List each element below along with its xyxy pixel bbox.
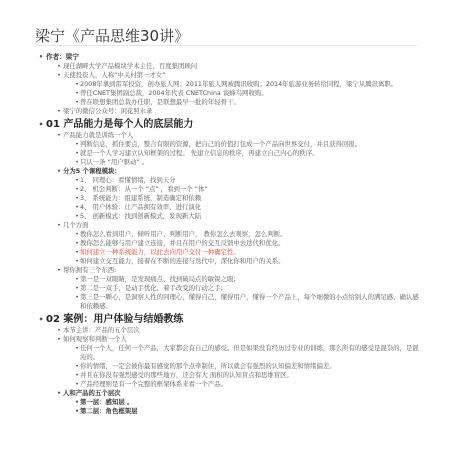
outline-item-text: 人和产品的五个层次: [63, 389, 121, 397]
bullet-icon: •: [74, 140, 80, 149]
bullet-icon: •: [74, 362, 80, 371]
bullet-icon: •: [56, 62, 62, 71]
outline-item: •如何建立一种系统能力，以此去向用户交付一种确定性。: [0, 248, 452, 257]
bullet-icon: •: [74, 380, 80, 389]
outline-item-text: 1、 同理心：看懂情绪，找到天分: [80, 176, 176, 184]
outline-item-text: 作者：梁宁: [46, 53, 79, 61]
outline-item-text: 如何建立一种系统能力，以此去向用户交付一种确定性。: [80, 248, 240, 256]
outline-item-text: 曾任CNET集团副总裁，2004年代表 CNETChina 谈蜂鸟网收购。: [80, 89, 268, 97]
bullet-icon: •: [74, 98, 80, 107]
outline-item: •作者：梁宁: [0, 53, 452, 62]
bullet-icon: •: [74, 185, 80, 194]
bullet-icon: •: [56, 131, 62, 140]
outline-item-text: 4、 用户体验：让产品拥有效率、进行演化: [80, 203, 201, 211]
outline-item: •1、 同理心：看懂情绪，找到天分: [0, 176, 452, 185]
bullet-icon: •: [56, 326, 62, 335]
outline-item: •第一是一双眼睛，是发现痛点、找到破局点的敏锐之眼;: [0, 275, 452, 284]
outline-item-text: 第三是一颗心，是洞察人性的同理心，懂得自己，懂得用户，懂得一个产品上，每个细微的…: [80, 293, 419, 310]
outline-item: •只认一条 “用户驱动” 。: [0, 158, 452, 167]
outline-item: •如何观察和判断一个人: [0, 335, 452, 344]
outline-item: •帮你拥有三个东西:: [0, 266, 452, 275]
outline-item-text: 产品能力就是训练一个人: [63, 131, 133, 139]
outline-item: •5、 创新模式：找到创新模式，发现新大陆: [0, 212, 452, 221]
outline-item: •天使投资人，人称“中关村第一才女”: [0, 71, 452, 80]
outline-item-text: 产品经理则是有一个完整的框架体系来看一个产品。: [80, 380, 227, 388]
bullet-icon: •: [74, 344, 80, 353]
bullet-icon: •: [74, 80, 80, 89]
outline-item: •教你怎么能够与用户建立连接，并且在用户的交互反馈中去迭代和优化。: [0, 239, 452, 248]
outline-item-text: 就是一个人学习建立认知框架的过程。 先建立信息的秩序，再建立自己内心的秩序。: [80, 149, 318, 157]
outline-item: •梁宁的微信公众号：闲花照水录: [0, 107, 452, 116]
outline-item-text: 你的情绪，一定会被你最有感觉的那个点牵制住，所以就会有强烈的认知偏差和情绪偏差。: [80, 362, 336, 370]
outline-item-text: 任何一个人，任何一个产品，大家都会有自己的感受。但是如果没有经历过专业的训练，那…: [80, 344, 419, 361]
outline-item: •分为5 个课程模块：: [0, 167, 452, 176]
section-heading: •02 案例：用户体验与结婚教练: [0, 313, 452, 326]
outline-item-text: 天使投资人，人称“中关村第一才女”: [63, 71, 165, 79]
outline-item: •产品经理则是有一个完整的框架体系来看一个产品。: [0, 380, 452, 389]
outline-item: •第二是一双手，是动手优化、着手改变的行动之手;: [0, 284, 452, 293]
outline-item: •现任湖畔大学产品模块学术主任、百度集团顾问: [0, 62, 452, 71]
outline-item: •第二层：角色框架层: [0, 407, 452, 416]
bullet-icon: •: [56, 221, 62, 230]
bullet-icon: •: [74, 293, 80, 302]
outline-item: •本节主讲：产品的五个层次: [0, 326, 452, 335]
bullet-icon: •: [74, 149, 80, 158]
outline-item: •几个方面: [0, 221, 452, 230]
title-divider: [35, 45, 417, 46]
bullet-icon: •: [38, 118, 44, 131]
bullet-icon: •: [74, 203, 80, 212]
outline-item: •第三是一颗心，是洞察人性的同理心，懂得自己，懂得用户，懂得一个产品上，每个细微…: [0, 293, 452, 311]
outline-item-text: 2008年拿到雷军投资，创办旅人网；2011年旅人网被腾讯收购；2014年旅游业…: [80, 80, 397, 88]
bullet-icon: •: [74, 89, 80, 98]
bullet-icon: •: [74, 284, 80, 293]
outline-item-text: 01 产品能力是每个人的底层能力: [46, 119, 193, 130]
bullet-icon: •: [38, 313, 44, 326]
outline-item: •第一层：感知层 。: [0, 398, 452, 407]
outline-item: •判断信息，抓住要点，整合有限的资源，把自己的价值打包成一个产品向世界交付，并且…: [0, 140, 452, 149]
outline-item-text: 第二层：角色框架层: [80, 407, 138, 415]
outline-item: •任何一个人，任何一个产品，大家都会有自己的感受。但是如果没有经历过专业的训练，…: [0, 344, 452, 362]
outline-item: •2、 机会判断：从一个 “点” ，看到一个 “体”: [0, 185, 452, 194]
outline-item-text: 梁宁的微信公众号：闲花照水录: [63, 107, 152, 115]
bullet-icon: •: [74, 398, 80, 407]
outline-item-text: 现任湖畔大学产品模块学术主任、百度集团顾问: [63, 62, 197, 70]
outline-item: •就是一个人学习建立认知框架的过程。 先建立信息的秩序，再建立自己内心的秩序。: [0, 149, 452, 158]
outline-item-text: 并且在你没有强烈感受的那些地方，还会有大 面积的认知盲点和思维盲区。: [80, 371, 293, 379]
outline-item-text: 教你怎么看到用户、倾听用户、判断用户， 教你怎么去观察，怎么判断。: [80, 230, 287, 238]
outline-item-text: 判断信息，抓住要点，整合有限的资源，把自己的价值打包成一个产品向世界交付，并且获…: [80, 140, 361, 148]
outline-item-text: 教你怎么能够与用户建立连接，并且在用户的交互反馈中去迭代和优化。: [80, 239, 285, 247]
outline-item-text: 曾在联想集团总裁办任职，是联想最早一批的年轻骨干。: [80, 98, 240, 106]
outline-item-text: 分为5 个课程模块：: [63, 167, 121, 175]
outline-item-text: 几个方面: [63, 221, 89, 229]
bullet-icon: •: [74, 407, 80, 416]
mind-map-outline: •作者：梁宁•现任湖畔大学产品模块学术主任、百度集团顾问•天使投资人，人称“中关…: [0, 53, 452, 416]
bullet-icon: •: [74, 275, 80, 284]
bullet-icon: •: [56, 335, 62, 344]
outline-item-text: 如何观察和判断一个人: [63, 335, 127, 343]
outline-item-text: 如何建立交互能力，接着在不断的连接与迭代中，深化你和用户的关系。: [80, 257, 285, 265]
bullet-icon: •: [74, 257, 80, 266]
bullet-icon: •: [56, 107, 62, 116]
bullet-icon: •: [74, 194, 80, 203]
bullet-icon: •: [74, 212, 80, 221]
outline-item: •教你怎么看到用户、倾听用户、判断用户， 教你怎么去观察，怎么判断。: [0, 230, 452, 239]
outline-item: •曾任CNET集团副总裁，2004年代表 CNETChina 谈蜂鸟网收购。: [0, 89, 452, 98]
outline-item: •3、 系统能力：组建系统，制造确定和依赖: [0, 194, 452, 203]
bullet-icon: •: [74, 248, 80, 257]
outline-item: •如何建立交互能力，接着在不断的连接与迭代中，深化你和用户的关系。: [0, 257, 452, 266]
outline-item-text: 只认一条 “用户驱动” 。: [80, 158, 148, 166]
bullet-icon: •: [56, 389, 62, 398]
bullet-icon: •: [74, 176, 80, 185]
bullet-icon: •: [56, 266, 62, 275]
bullet-icon: •: [74, 371, 80, 380]
outline-item: •并且在你没有强烈感受的那些地方，还会有大 面积的认知盲点和思维盲区。: [0, 371, 452, 380]
page-title: 梁宁《产品思维30讲》: [35, 25, 189, 46]
outline-item-text: 帮你拥有三个东西:: [63, 266, 116, 274]
outline-item-text: 02 案例：用户体验与结婚教练: [46, 314, 183, 325]
outline-item: •曾在联想集团总裁办任职，是联想最早一批的年轻骨干。: [0, 98, 452, 107]
bullet-icon: •: [74, 158, 80, 167]
outline-item-text: 3、 系统能力：组建系统，制造确定和依赖: [80, 194, 201, 202]
outline-item-text: 第一是一双眼睛，是发现痛点、找到破局点的敏锐之眼;: [80, 275, 236, 283]
outline-item-text: 5、 创新模式：找到创新模式，发现新大陆: [80, 212, 201, 220]
section-heading: •01 产品能力是每个人的底层能力: [0, 118, 452, 131]
outline-item: •人和产品的五个层次: [0, 389, 452, 398]
outline-item: •你的情绪，一定会被你最有感觉的那个点牵制住，所以就会有强烈的认知偏差和情绪偏差…: [0, 362, 452, 371]
bullet-icon: •: [74, 239, 80, 248]
outline-item-text: 第二是一双手，是动手优化、着手改变的行动之手;: [80, 284, 223, 292]
outline-item-text: 第一层：感知层 。: [80, 398, 133, 406]
outline-item: •4、 用户体验：让产品拥有效率、进行演化: [0, 203, 452, 212]
outline-item: •产品能力就是训练一个人: [0, 131, 452, 140]
document-page: 梁宁《产品思维30讲》 •作者：梁宁•现任湖畔大学产品模块学术主任、百度集团顾问…: [0, 0, 452, 452]
bullet-icon: •: [56, 167, 62, 176]
outline-item: •2008年拿到雷军投资，创办旅人网；2011年旅人网被腾讯收购；2014年旅游…: [0, 80, 452, 89]
bullet-icon: •: [56, 71, 62, 80]
bullet-icon: •: [38, 53, 44, 62]
outline-item-text: 2、 机会判断：从一个 “点” ，看到一个 “体”: [80, 185, 208, 193]
bullet-icon: •: [74, 230, 80, 239]
outline-item-text: 本节主讲：产品的五个层次: [63, 326, 140, 334]
